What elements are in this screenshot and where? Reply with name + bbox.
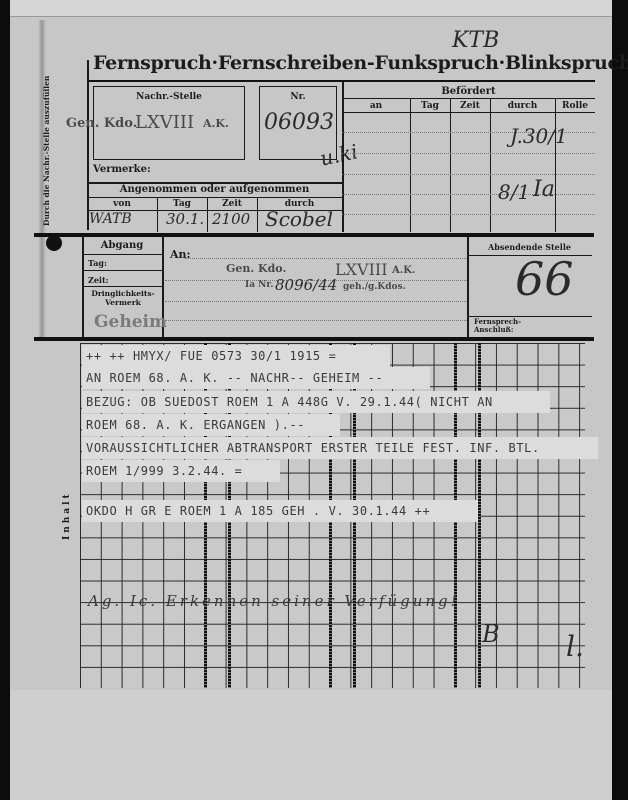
angenommen-col-tag: Tag: [157, 199, 207, 209]
teletype-strip: ROEM 68. A. K. ERGANGEN ).--: [82, 414, 340, 436]
befoerdert-initial-2: 8/1: [498, 180, 530, 204]
an-line: [165, 320, 467, 321]
befoerdert-row-line: [342, 194, 595, 195]
befoerdert-col-tag: Tag: [410, 101, 450, 111]
handwritten-initial-b: B: [482, 620, 500, 648]
title-rule: [87, 80, 595, 82]
an-line: [165, 301, 467, 302]
abgang-rule: [82, 254, 162, 255]
befoerdert-row-line: [342, 174, 595, 175]
form-title: Fernspruch·Fernschreiben-Funkspruch·Blin…: [93, 52, 628, 74]
nachr-stelle-label: Nachr.-Stelle: [93, 92, 245, 102]
punch-hole: [46, 235, 62, 251]
teletype-strip: OKDO H GR E ROEM 1 A 185 GEH . V. 30.1.4…: [82, 500, 478, 522]
fernsprech-label: Fernsprech-Anschluß:: [474, 318, 534, 334]
befoerdert-row-line: [342, 153, 595, 154]
sheet-top-edge: [10, 0, 612, 17]
abgang-tag-label: Tag:: [88, 258, 107, 268]
absendende-left-rule: [467, 237, 469, 337]
angenommen-durch-signature: Scobel: [265, 207, 333, 231]
befoerdert-row-line: [342, 214, 595, 215]
angenommen-col-zeit: Zeit: [207, 199, 257, 209]
an-ia-nr-label: Ia Nr.: [245, 280, 273, 290]
dringlichkeit-label: Dringlichkeits-Vermerk: [88, 289, 158, 307]
abgang-label: Abgang: [82, 240, 162, 251]
teletype-strip: ++ ++ HMYX/ FUE 0573 30/1 1915 =: [82, 345, 390, 367]
geheim-stamp: Geheim: [94, 312, 167, 332]
an-ia-number: 8096/44: [275, 276, 337, 294]
befoerdert-col-rolle: Rolle: [555, 101, 595, 111]
stamp-gen-kdo: Gen. Kdo.: [66, 116, 137, 131]
abgang-rule: [82, 286, 162, 287]
an-label: An:: [170, 248, 191, 261]
stamp-ak: A.K.: [203, 117, 229, 130]
abgang-zeit-label: Zeit:: [88, 275, 109, 285]
angenommen-label: Angenommen oder aufgenommen: [87, 184, 342, 195]
befoerdert-divider: [410, 98, 411, 232]
handwritten-initial-l: l.: [566, 630, 584, 663]
an-gen-kdo: Gen. Kdo.: [226, 262, 286, 275]
section-separator: [34, 233, 594, 237]
teletype-strip: BEZUG: OB SUEDOST ROEM 1 A 448G V. 29.1.…: [82, 391, 550, 413]
befoerdert-col-durch: durch: [490, 101, 555, 111]
an-ak: A.K.: [392, 265, 415, 276]
abgang-rule: [82, 270, 162, 271]
angenommen-col-von: von: [87, 199, 157, 209]
befoerdert-initial-1: J.30/1: [510, 124, 568, 148]
nr-label: Nr.: [259, 92, 337, 102]
angenommen-zeit-value: 2100: [212, 210, 250, 228]
stamp-corps-number: LXVIII: [135, 112, 194, 133]
abgang-left-rule: [82, 237, 84, 337]
an-classification: geh./g.Kdos.: [343, 282, 406, 292]
absendende-stelle-label: Absendende Stelle: [467, 242, 592, 252]
befoerdert-divider: [490, 98, 491, 232]
angenommen-divider: [207, 197, 208, 232]
befoerdert-divider: [450, 98, 451, 232]
angenommen-header-rule: [87, 197, 342, 198]
befoerdert-label: Befördert: [342, 86, 595, 97]
absendende-stelle-value: 66: [515, 252, 574, 306]
an-corps-number: LXVIII: [335, 260, 388, 279]
teletype-strip: AN ROEM 68. A. K. -- NACHR-- GEHEIM --: [82, 367, 430, 389]
an-line: [185, 258, 467, 259]
befoerdert-divider: [555, 98, 556, 232]
ktb-annotation: KTB: [452, 28, 499, 53]
content-separator: [34, 337, 594, 341]
side-note: Durch die Nachr.-Stelle auszufüllen: [42, 46, 51, 226]
blank-bottom-margin: [10, 690, 612, 800]
befoerdert-header-bottom: [342, 112, 595, 113]
teletype-strip: ROEM 1/999 3.2.44. =: [82, 460, 280, 482]
handwritten-note: Ag. Ic. Erkennen seiner Verfügung!: [88, 592, 460, 610]
angenommen-von-value: WATB: [89, 211, 132, 227]
befoerdert-col-zeit: Zeit: [450, 101, 490, 111]
angenommen-divider: [157, 197, 158, 232]
befoerdert-ia: Ia: [533, 177, 555, 202]
angenommen-divider: [257, 197, 258, 232]
teletype-strip: VORAUSSICHTLICHER ABTRANSPORT ERSTER TEI…: [82, 437, 598, 459]
inhalt-label: Inhalt: [62, 491, 72, 540]
befoerdert-col-an: an: [342, 101, 410, 111]
befoerdert-header-top: [342, 98, 595, 99]
angenommen-tag-value: 30.1.: [166, 210, 204, 228]
vermerke-label: Vermerke:: [93, 164, 151, 175]
message-number: 06093: [264, 110, 334, 135]
